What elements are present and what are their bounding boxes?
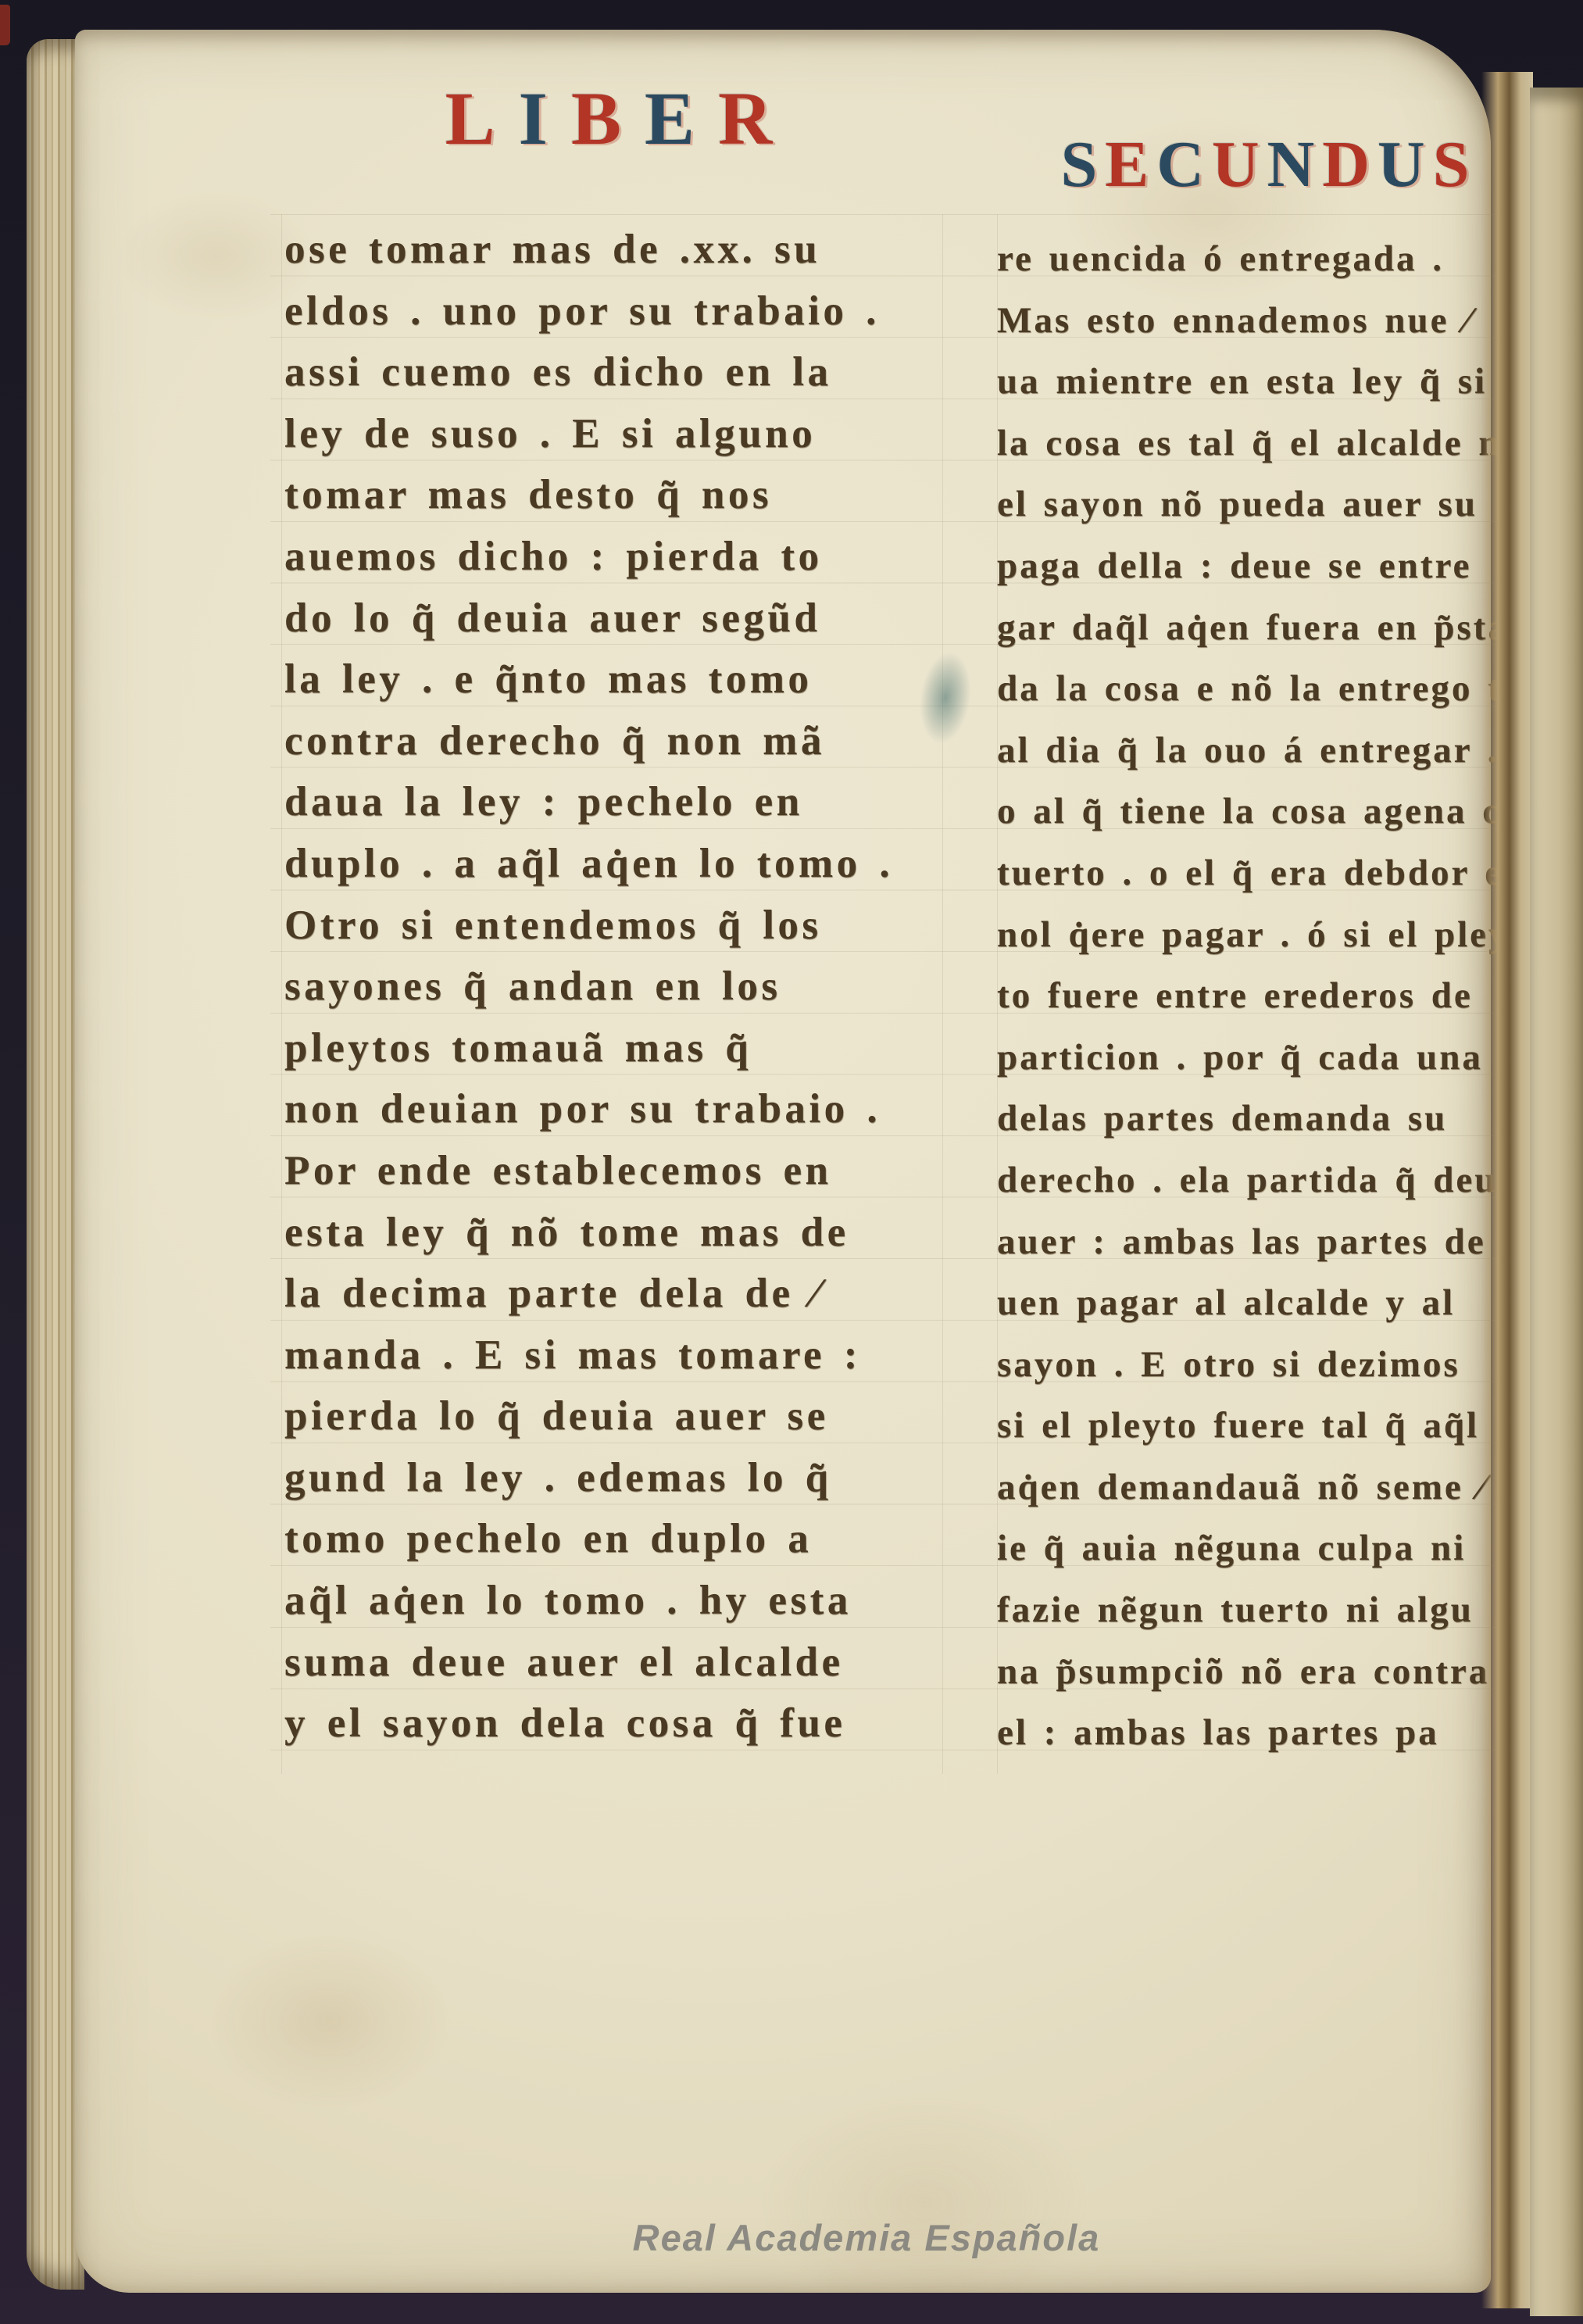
header-letter: C xyxy=(1156,127,1212,202)
manuscript-text-line: gar daq̃l aq̇en fuera en p̃sta xyxy=(997,597,1550,659)
book-gutter-shadow xyxy=(1481,72,1533,2308)
header-letter: E xyxy=(645,75,718,162)
header-letter: S xyxy=(1433,127,1478,202)
manuscript-text-line: eldos . uno por su trabaio . xyxy=(284,281,956,342)
manuscript-text-line: delas partes demanda su xyxy=(997,1088,1550,1149)
manuscript-text-line: sayon . E otro si dezimos xyxy=(997,1334,1550,1396)
manuscript-text-line: la cosa es tal q̃ el alcalde ni xyxy=(997,413,1550,474)
red-edge-mark xyxy=(0,5,10,45)
manuscript-text-line: suma deue auer el alcalde xyxy=(284,1632,956,1693)
manuscript-text-line: pleytos tomauã mas q̃ xyxy=(284,1017,956,1079)
manuscript-text-line: el sayon nõ pueda auer su xyxy=(997,474,1550,535)
manuscript-text-line: contra derecho q̃ non mã xyxy=(284,710,956,772)
manuscript-text-line: duplo . a aq̃l aq̇en lo tomo . xyxy=(284,833,956,895)
text-column-left: ose tomar mas de .xx. sueldos . uno por … xyxy=(284,219,956,1754)
manuscript-text-line: gund la ley . edemas lo q̃ xyxy=(284,1447,956,1509)
manuscript-text-line: auemos dicho : pierda to xyxy=(284,526,956,588)
manuscript-text-line: la decima parte dela de ∕ xyxy=(284,1263,956,1325)
manuscript-text-line: y el sayon dela cosa q̃ fue xyxy=(284,1693,956,1754)
header-letter: L xyxy=(445,75,519,162)
manuscript-text-line: assi cuemo es dicho en la xyxy=(284,341,956,403)
manuscript-text-line: non deuian por su trabaio . xyxy=(284,1078,956,1140)
manuscript-text-line: si el pleyto fuere tal q̃ aq̃l xyxy=(997,1395,1550,1457)
manuscript-text-line: daua la ley : pechelo en xyxy=(284,771,956,833)
header-letter: R xyxy=(718,75,795,162)
manuscript-text-line: aq̇en demandauã nõ seme ∕ xyxy=(997,1457,1550,1518)
manuscript-text-line: pierda lo q̃ deuia auer se xyxy=(284,1385,956,1447)
header-letter: D xyxy=(1322,127,1378,202)
manuscript-text-line: Por ende establecemos en xyxy=(284,1140,956,1202)
manuscript-text-line: ua mientre en esta ley q̃ si xyxy=(997,351,1550,413)
manuscript-text-line: sayones q̃ andan en los xyxy=(284,956,956,1017)
header-letter: U xyxy=(1378,127,1433,202)
library-watermark: Real Academia Española xyxy=(75,2216,1583,2259)
manuscript-text-line: tomar mas desto q̃ nos xyxy=(284,464,956,526)
manuscript-text-line: manda . E si mas tomare : xyxy=(284,1325,956,1386)
manuscript-text-line: la ley . e q̃nto mas tomo xyxy=(284,649,956,710)
manuscript-text-line: ley de suso . E si alguno xyxy=(284,403,956,465)
manuscript-text-line: tuerto . o el q̃ era debdor e xyxy=(997,842,1550,904)
manuscript-text-line: Otro si entendemos q̃ los xyxy=(284,895,956,956)
header-letter: E xyxy=(1105,127,1156,202)
header-letter: I xyxy=(519,75,571,162)
text-column-right: re uencida ó entregada .Mas esto ennadem… xyxy=(997,228,1550,1764)
header-letter: N xyxy=(1267,127,1323,202)
manuscript-text-line: paga della : deue se entre xyxy=(997,535,1550,597)
manuscript-text-line: na p̃sumpciõ nõ era contra xyxy=(997,1641,1550,1703)
header-letter: B xyxy=(571,75,645,162)
manuscript-text-line: nol q̇ere pagar . ó si el pley xyxy=(997,904,1550,966)
adjacent-page-edge xyxy=(1530,88,1583,2316)
manuscript-text-line: ose tomar mas de .xx. su xyxy=(284,219,956,281)
manuscript-text-line: el : ambas las partes pa xyxy=(997,1702,1550,1764)
manuscript-text-line: Mas esto ennademos nue ∕ xyxy=(997,290,1550,352)
manuscript-text-line: ie q̃ auia nẽguna culpa ni xyxy=(997,1518,1550,1579)
manuscript-page: LIBER SECUNDUS ose tomar mas de .xx. sue… xyxy=(75,30,1491,2293)
running-header-secundus: SECUNDUS xyxy=(989,127,1549,202)
manuscript-text-line: to fuere entre erederos de xyxy=(997,965,1550,1027)
manuscript-text-line: al dia q̃ la ouo á entregar . xyxy=(997,720,1550,781)
manuscript-text-line: do lo q̃ deuia auer segũd xyxy=(284,588,956,649)
header-letter: S xyxy=(1061,127,1106,202)
manuscript-text-line: tomo pechelo en duplo a xyxy=(284,1508,956,1570)
manuscript-text-line: derecho . ela partida q̃ deue xyxy=(997,1149,1550,1211)
manuscript-text-line: aq̃l aq̇en lo tomo . hy esta xyxy=(284,1570,956,1632)
manuscript-text-line: uen pagar al alcalde y al xyxy=(997,1272,1550,1334)
manuscript-text-line: fazie nẽgun tuerto ni algu xyxy=(997,1579,1550,1641)
header-letter: U xyxy=(1212,127,1267,202)
manuscript-text-line: esta ley q̃ nõ tome mas de xyxy=(284,1202,956,1264)
manuscript-text-line: o al q̃ tiene la cosa agena cõ xyxy=(997,781,1550,842)
running-header-liber: LIBER xyxy=(284,75,956,162)
manuscript-text-line: re uencida ó entregada . xyxy=(997,228,1550,290)
manuscript-text-line: da la cosa e nõ la entrego to xyxy=(997,658,1550,720)
manuscript-text-line: auer : ambas las partes de xyxy=(997,1211,1550,1273)
manuscript-text-line: particion . por q̃ cada una xyxy=(997,1027,1550,1089)
